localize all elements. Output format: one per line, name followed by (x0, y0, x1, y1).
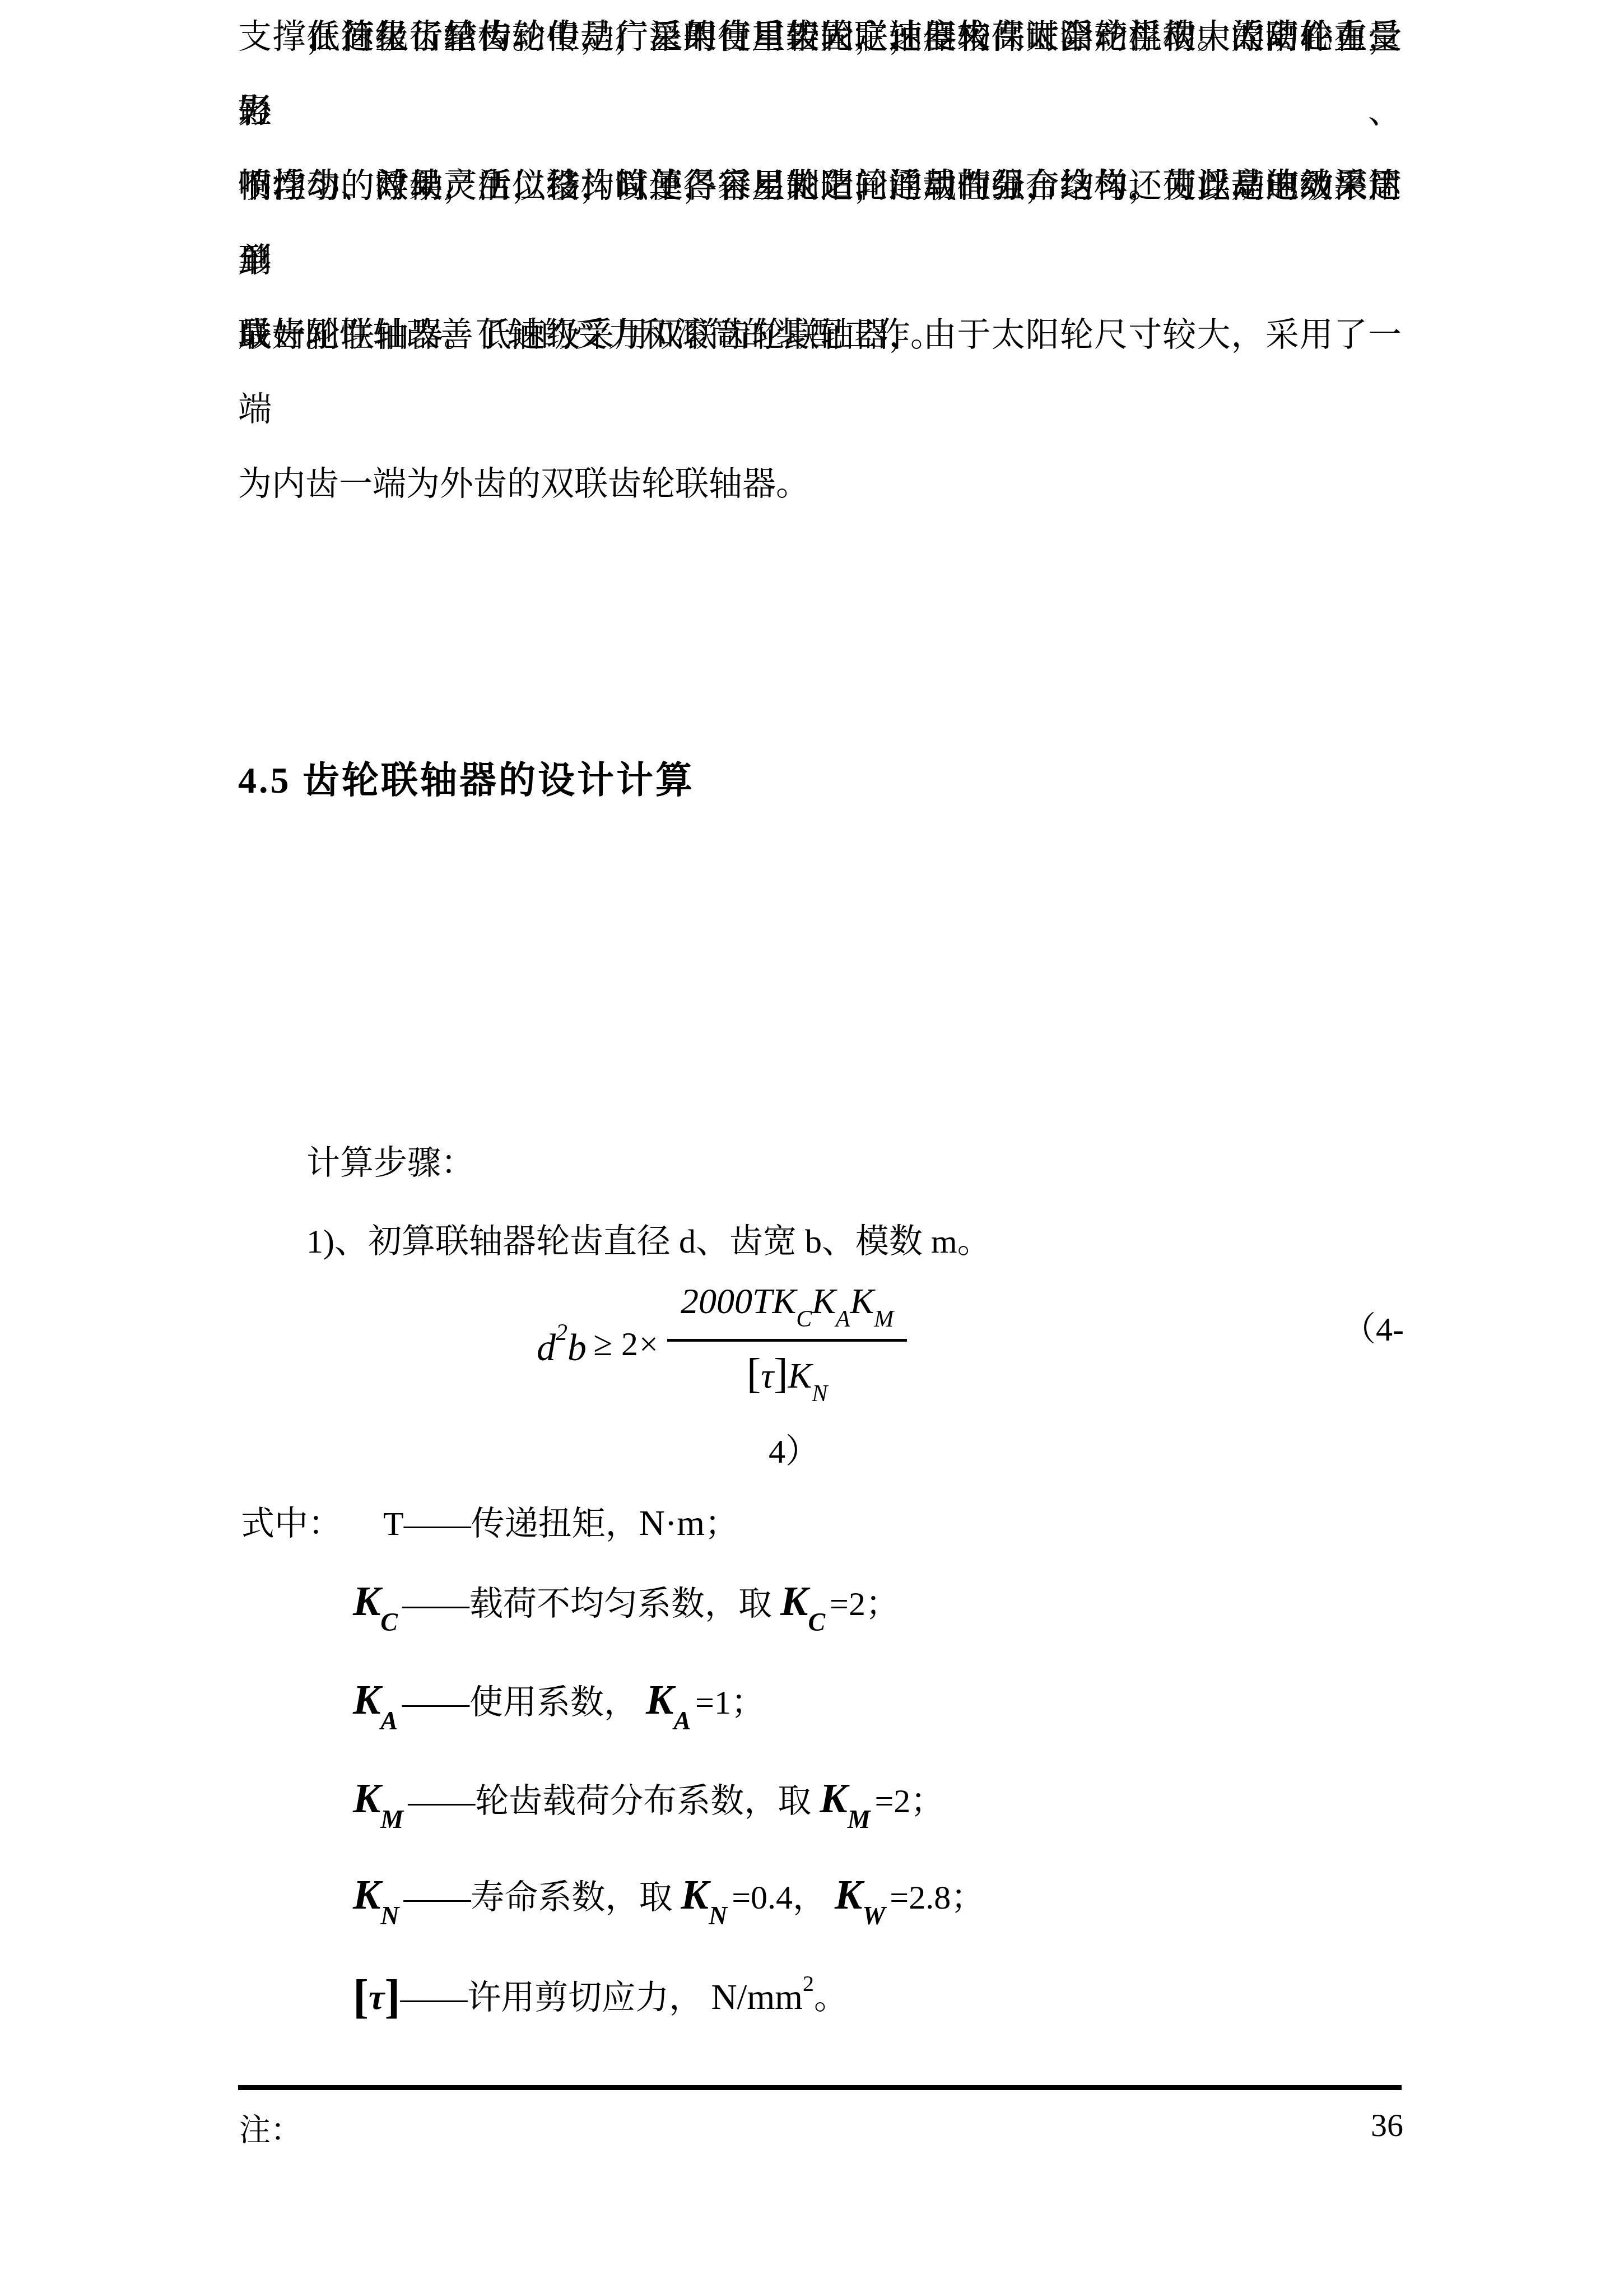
formula-numerator: 2000TKCKAKM (667, 1280, 907, 1342)
definition-text: 载荷不均匀系数，取 (469, 1585, 772, 1622)
footnote-label: 注： (239, 2111, 302, 2150)
definition-value: =2.8； (890, 1879, 984, 1916)
formula-coefficient: 2× (621, 1325, 659, 1364)
formula-exponent: 2 (556, 1320, 567, 1346)
subscript-N: N (709, 1901, 727, 1930)
step-1-line: 1)、初算联轴器轮齿直径 d、齿宽 b、模数 m。 (238, 1216, 1402, 1267)
definition-text: 轮齿载荷分布系数，取 (475, 1783, 811, 1820)
term-T: T (383, 1505, 404, 1542)
formula-fraction: 2000TKCKAKM [τ]KN (667, 1280, 907, 1409)
right-bracket: ] (774, 1350, 788, 1397)
dash: —— (402, 1585, 469, 1622)
term-T-description: 传递扭矩， (471, 1505, 639, 1542)
left-bracket: [ (747, 1350, 761, 1397)
page-number: 36 (1333, 2105, 1403, 2146)
unit-Nm: N·m (639, 1503, 705, 1543)
numerator-sub-a: A (836, 1306, 850, 1332)
definition-ka: KA——使用系数， KA=1； (353, 1677, 765, 1744)
subscript-W: W (862, 1901, 885, 1930)
symbol-K: K (780, 1579, 808, 1625)
subscript-C: C (808, 1608, 825, 1636)
symbol-K: K (353, 1776, 380, 1822)
formula-where-line: 式中：T——传递扭矩，N·m； (241, 1500, 738, 1547)
dash: —— (404, 1505, 471, 1542)
body-text-line: 在行星齿轮传动中，广泛的使用齿轮联轴器来保证浮动机构中浮动件在受力 (238, 0, 1402, 149)
denominator-sub-n: N (812, 1381, 827, 1407)
subscript-M: M (848, 1805, 871, 1834)
numerator-k: K (850, 1281, 874, 1321)
equation-4-4: d2b ≥ 2× 2000TKCKAKM [τ]KN (537, 1280, 907, 1409)
formula-d: d (537, 1326, 556, 1369)
subscript-A: A (380, 1706, 398, 1735)
paragraph-gear-coupling-intro: 在行星齿轮传动中，广泛的使用齿轮联轴器来保证浮动机构中浮动件在受力 不均匀的时候… (238, 0, 1402, 522)
symbol-K: K (820, 1776, 847, 1822)
footnote-separator (238, 2085, 1402, 2090)
document-page: 支撑，简化了结构。但是行星架自重较大，速度较高时会产生很大的离心力，影 响浮动的… (0, 0, 1624, 2294)
body-text-line: 联齿轮联轴器。低速级采用双联齿轮联轴器，由于太阳轮尺寸较大，采用了一端 (238, 298, 1402, 447)
equation-number-part2: 4） (769, 1431, 819, 1472)
symbol-K: K (835, 1872, 862, 1918)
tau-symbol: τ (761, 1356, 774, 1395)
dash: —— (402, 1684, 469, 1721)
definition-value: =2； (830, 1585, 899, 1622)
definition-km: KM——轮齿载荷分布系数，取 KM=2； (353, 1776, 944, 1842)
definition-value: =0.4， (732, 1879, 826, 1916)
where-label: 式中： (241, 1505, 342, 1542)
symbol-K: K (681, 1872, 709, 1918)
definition-text: 寿命系数，取 (471, 1879, 673, 1916)
formula-denominator: [τ]KN (747, 1342, 827, 1409)
definition-kc: KC——载荷不均匀系数，取 KC=2； (353, 1579, 899, 1645)
numerator-sub-m: M (874, 1306, 894, 1332)
symbol-K: K (353, 1872, 380, 1918)
definition-text: 使用系数， (469, 1684, 637, 1721)
body-text-line: 为内齿一端为外齿的双联齿轮联轴器。 (238, 447, 1402, 522)
subscript-M: M (380, 1805, 403, 1834)
body-text-line: 不均匀的时候产生位移，以使各行星轮之间的载荷分布均匀。为此高速级采用单 (238, 149, 1402, 298)
formula-lhs: d2b (537, 1319, 587, 1370)
numerator-head: 2000TK (681, 1281, 796, 1321)
numerator-k: K (812, 1281, 836, 1321)
unit-superscript: 2 (803, 1971, 814, 1996)
definition-text: 许用剪切应力， (467, 1979, 702, 2016)
left-bracket: [ (353, 1971, 369, 2023)
punctuation: ； (705, 1505, 738, 1542)
punctuation: 。 (814, 1979, 848, 2016)
definition-value: =1； (695, 1684, 765, 1721)
right-bracket: ] (384, 1971, 400, 2023)
symbol-K: K (353, 1579, 380, 1625)
tau-symbol: τ (369, 1977, 384, 2017)
dash: —— (408, 1783, 475, 1820)
definition-tau: [τ]——许用剪切应力， N/mm2。 (353, 1961, 848, 2021)
subscript-C: C (380, 1608, 398, 1636)
formula-b: b (567, 1326, 587, 1369)
denominator-k: K (788, 1356, 812, 1395)
subscript-N: N (380, 1901, 399, 1930)
formula-relation: ≥ (593, 1324, 612, 1364)
symbol-K: K (646, 1677, 673, 1723)
definition-kn: KN——寿命系数，取 KN=0.4， KW=2.8； (353, 1872, 984, 1939)
dash: —— (400, 1979, 467, 2016)
subscript-A: A (673, 1706, 691, 1735)
numerator-sub-c: C (796, 1306, 812, 1332)
section-heading: 4.5 齿轮联轴器的设计计算 (238, 755, 695, 807)
equation-number-part1: （4- (1342, 1309, 1404, 1350)
definition-value: =2； (875, 1783, 944, 1820)
steps-label: 计算步骤： (238, 1137, 1402, 1189)
unit-N-mm2: N/mm (711, 1977, 803, 2017)
symbol-K: K (353, 1677, 380, 1723)
dash: —— (404, 1879, 471, 1916)
